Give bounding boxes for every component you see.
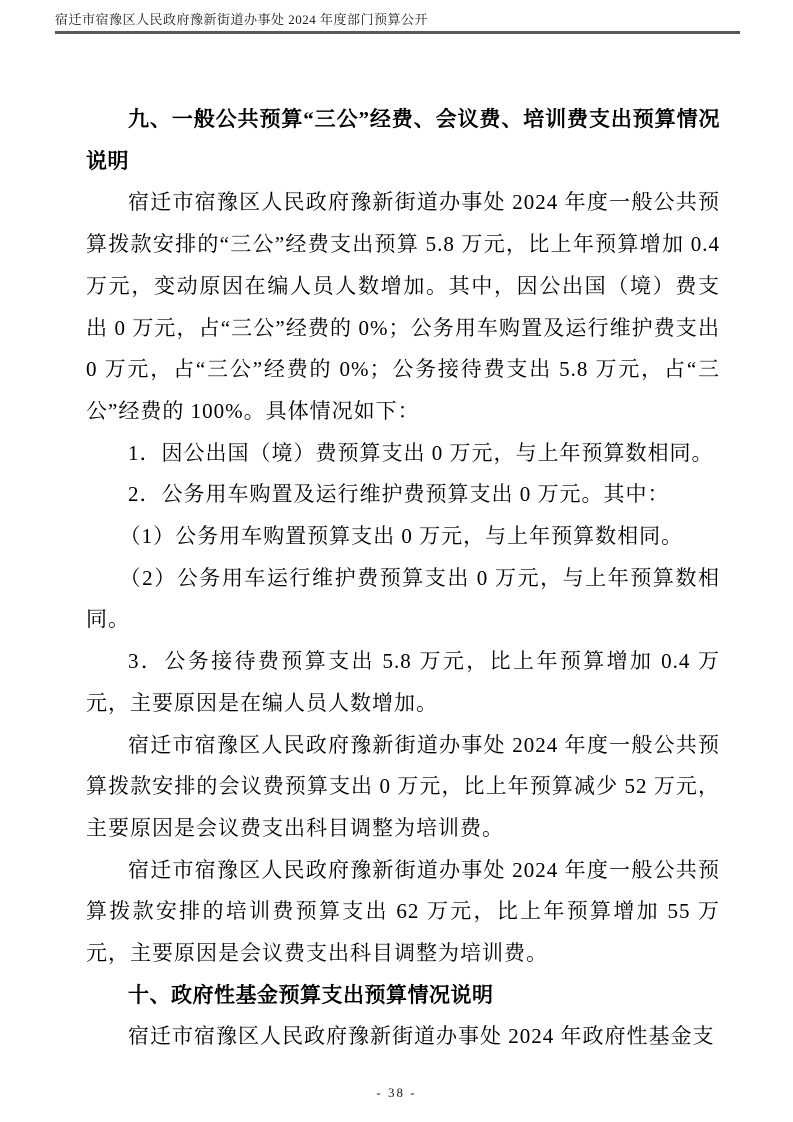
section-9-heading: 九、一般公共预算“三公”经费、会议费、培训费支出预算情况说明 <box>86 99 720 182</box>
section-9-paragraph-overview: 宿迁市宿豫区人民政府豫新街道办事处 2024 年度一般公共预算拨款安排的“三公”… <box>86 182 720 432</box>
section-10-heading: 十、政府性基金预算支出预算情况说明 <box>86 975 720 1017</box>
document-page: 宿迁市宿豫区人民政府豫新街道办事处 2024 年度部门预算公开 九、一般公共预算… <box>0 0 793 1122</box>
section-9-item-3: 3．公务接待费预算支出 5.8 万元，比上年预算增加 0.4 万元，主要原因是在… <box>86 641 720 724</box>
section-10-paragraph-overview: 宿迁市宿豫区人民政府豫新街道办事处 2024 年政府性基金支 <box>86 1016 720 1058</box>
page-header-title: 宿迁市宿豫区人民政府豫新街道办事处 2024 年度部门预算公开 <box>55 11 740 28</box>
section-9-paragraph-meeting-fee: 宿迁市宿豫区人民政府豫新街道办事处 2024 年度一般公共预算拨款安排的会议费预… <box>86 725 720 850</box>
page-header: 宿迁市宿豫区人民政府豫新街道办事处 2024 年度部门预算公开 <box>55 11 740 34</box>
section-9-paragraph-training-fee: 宿迁市宿豫区人民政府豫新街道办事处 2024 年度一般公共预算拨款安排的培训费预… <box>86 850 720 975</box>
section-9-item-1: 1．因公出国（境）费预算支出 0 万元，与上年预算数相同。 <box>86 433 720 475</box>
header-rule <box>55 31 740 34</box>
page-number: - 38 - <box>376 1085 416 1100</box>
section-9-item-2-1: （1）公务用车购置预算支出 0 万元，与上年预算数相同。 <box>86 516 720 558</box>
section-9-item-2: 2．公务用车购置及运行维护费预算支出 0 万元。其中： <box>86 474 720 516</box>
page-footer: - 38 - <box>0 1084 793 1102</box>
section-9-item-2-2: （2）公务用车运行维护费预算支出 0 万元，与上年预算数相同。 <box>86 558 720 641</box>
document-body: 九、一般公共预算“三公”经费、会议费、培训费支出预算情况说明 宿迁市宿豫区人民政… <box>86 99 720 1058</box>
